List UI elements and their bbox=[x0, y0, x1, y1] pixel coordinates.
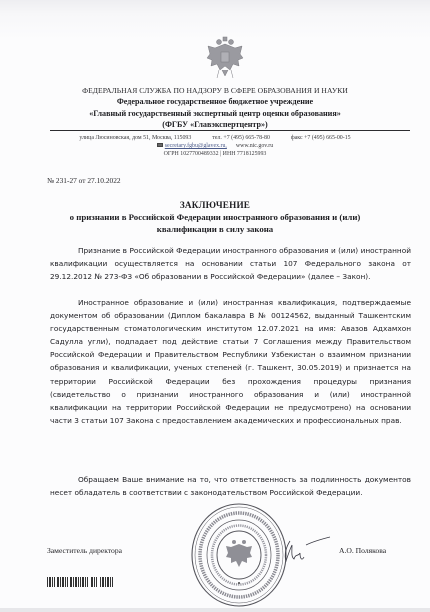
fax: факс +7 (495) 665-00-15 bbox=[291, 135, 351, 141]
paragraph-responsibility: Обращаем Ваше внимание на то, что ответс… bbox=[50, 473, 411, 499]
barcode-icon bbox=[47, 577, 123, 587]
signatory-name: А.О. Полякова bbox=[339, 546, 386, 555]
contact-line-web: secretary.fgbu@glavex.ru, www.nic.gov.ru bbox=[0, 143, 430, 149]
document-title: ЗАКЛЮЧЕНИЕ bbox=[0, 200, 430, 210]
paragraph-recognition: Иностранное образование и (или) иностран… bbox=[50, 296, 411, 427]
institution-type: Федеральное государственное бюджетное уч… bbox=[0, 97, 430, 106]
contact-line-address: улица Люсиновская, дом 51, Москва, 11509… bbox=[0, 135, 430, 141]
body-paragraph: Иностранное образование и (или) иностран… bbox=[50, 296, 411, 427]
paragraph-legal-basis: Признание в Российской Федерации иностра… bbox=[50, 244, 411, 283]
institution-abbreviation: (ФГБУ «Главэкспертцентр») bbox=[0, 120, 430, 129]
address: улица Люсиновская, дом 51, Москва, 11509… bbox=[79, 135, 191, 141]
handwritten-signature-icon bbox=[282, 535, 332, 567]
coat-of-arms-icon bbox=[205, 36, 245, 80]
institution-name: «Главный государственный экспертный цент… bbox=[0, 109, 430, 118]
body-paragraph: Обращаем Ваше внимание на то, что ответс… bbox=[50, 473, 411, 499]
registration-numbers: ОГРН 1027700489332 | ИНН 7718125993 bbox=[0, 151, 430, 157]
website: www.nic.gov.ru bbox=[236, 143, 273, 149]
page-bottom-edge bbox=[0, 608, 430, 612]
phone: тел. +7 (495) 665-78-80 bbox=[212, 135, 270, 141]
document-number: № 231-27 от 27.10.2022 bbox=[47, 176, 121, 185]
official-seal-icon bbox=[190, 502, 288, 608]
document-subtitle-line2: квалификации в силу закона bbox=[0, 224, 430, 234]
header-divider bbox=[50, 130, 410, 131]
document-page: ФЕДЕРАЛЬНАЯ СЛУЖБА ПО НАДЗОРУ В СФЕРЕ ОБ… bbox=[0, 0, 430, 612]
body-paragraph: Признание в Российской Федерации иностра… bbox=[50, 244, 411, 283]
document-subtitle-line1: о признании в Российской Федерации иност… bbox=[0, 212, 430, 222]
agency-name: ФЕДЕРАЛЬНАЯ СЛУЖБА ПО НАДЗОРУ В СФЕРЕ ОБ… bbox=[0, 86, 430, 95]
email-link[interactable]: secretary.fgbu@glavex.ru, bbox=[165, 143, 227, 149]
mail-icon bbox=[157, 143, 163, 147]
signatory-position: Заместитель директора bbox=[47, 546, 122, 555]
